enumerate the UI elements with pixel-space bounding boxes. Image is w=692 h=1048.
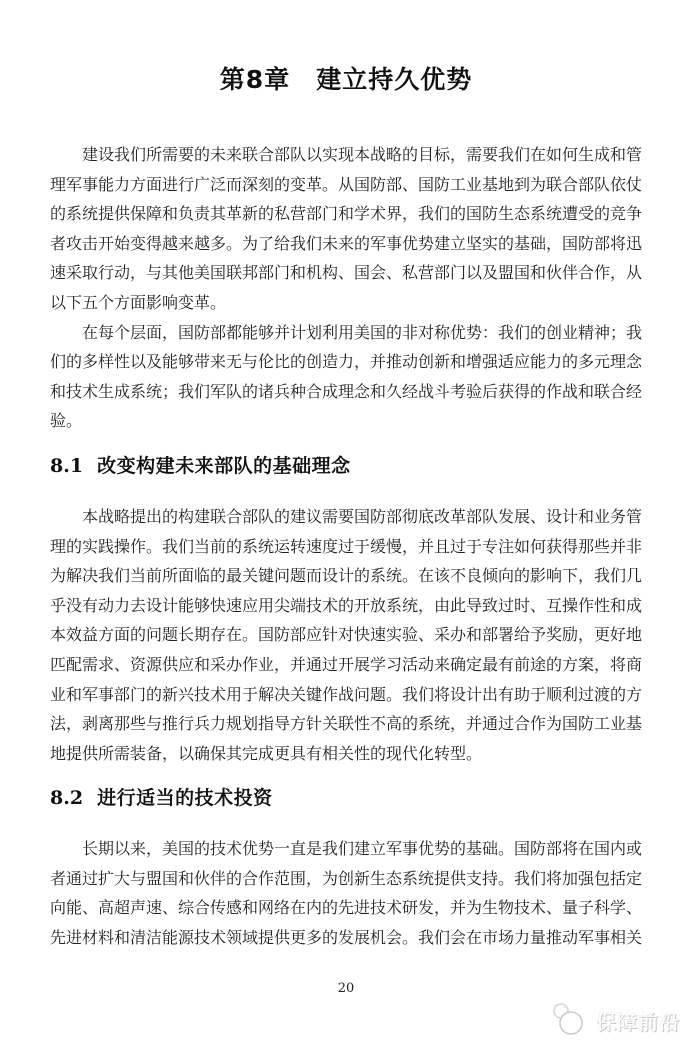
- intro-paragraph-2: 在每个层面，国防部都能够并计划利用美国的非对称优势：我们的创业精神；我们的多样性…: [50, 318, 642, 436]
- section-number: 8.2: [50, 787, 83, 809]
- document-page: 第8章 建立持久优势 建设我们所需要的未来联合部队以实现本战略的目标，需要我们在…: [0, 0, 692, 1048]
- section-heading-8-2: 8.2进行适当的技术投资: [50, 784, 642, 812]
- chapter-title: 第8章 建立持久优势: [50, 62, 642, 98]
- section-8-1-paragraph: 本战略提出的构建联合部队的建议需要国防部彻底改革部队发展、设计和业务管理的实践操…: [50, 502, 642, 768]
- section-8-2-paragraph: 长期以来，美国的技术优势一直是我们建立军事优势的基础。国防部将在国内或者通过扩大…: [50, 834, 642, 952]
- intro-paragraph-1: 建设我们所需要的未来联合部队以实现本战略的目标，需要我们在如何生成和管理军事能力…: [50, 140, 642, 318]
- watermark: 保障前沿: [550, 1002, 680, 1038]
- page-number: 20: [0, 981, 692, 997]
- section-title: 进行适当的技术投资: [97, 787, 273, 809]
- watermark-label: 保障前沿: [596, 1006, 680, 1035]
- section-heading-8-1: 8.1改变构建未来部队的基础理念: [50, 452, 642, 480]
- overlapping-circles-logo-icon: [550, 1002, 586, 1038]
- section-number: 8.1: [50, 455, 83, 477]
- section-title: 改变构建未来部队的基础理念: [97, 455, 351, 477]
